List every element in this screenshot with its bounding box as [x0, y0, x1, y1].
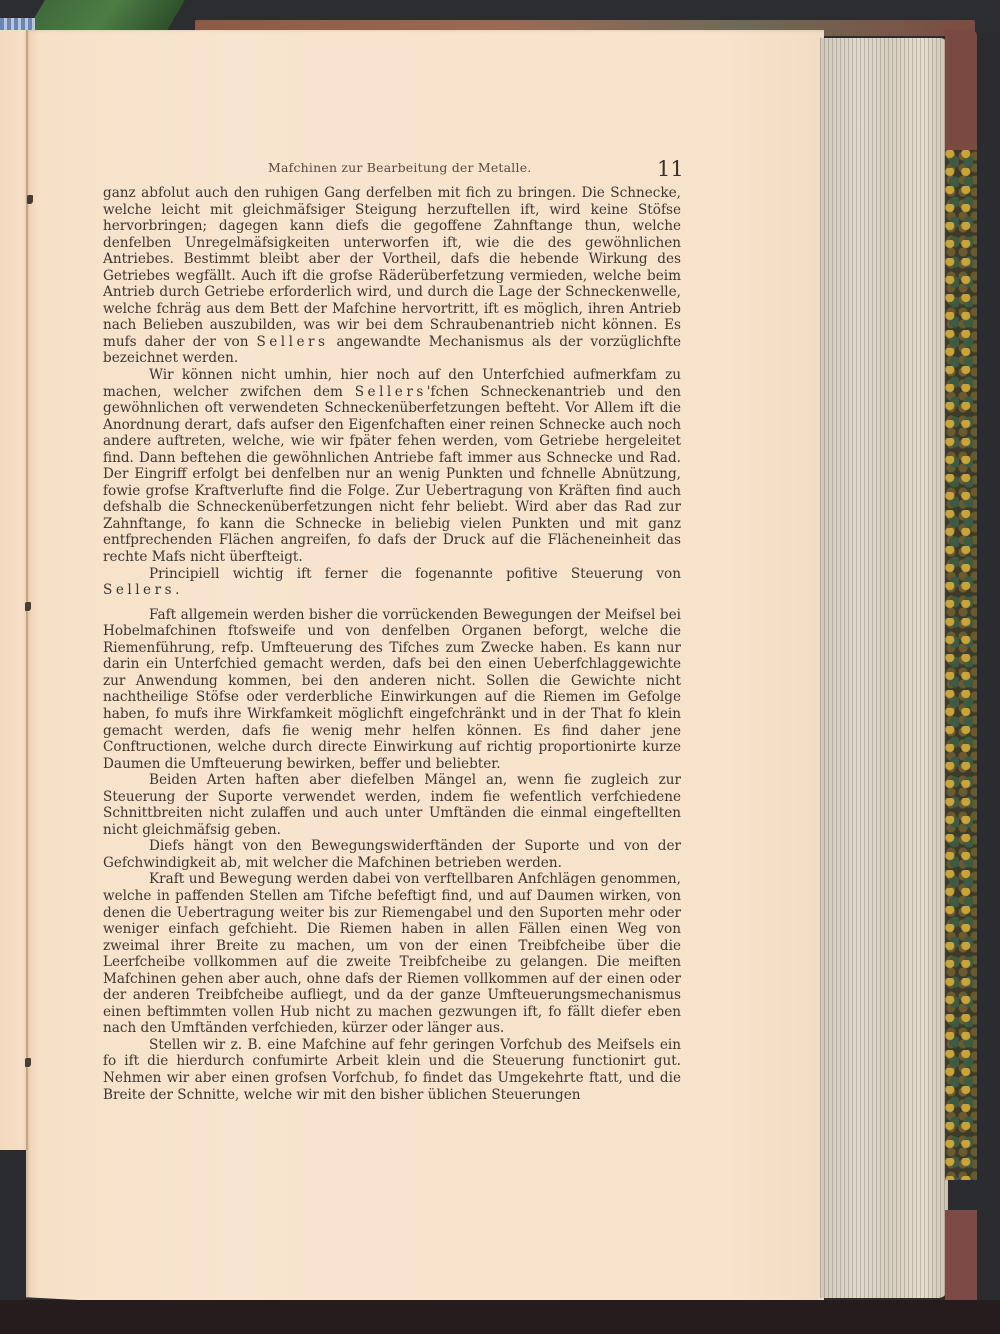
name-sellers: Sellers	[256, 334, 328, 350]
paragraph-text: Beiden Arten haften aber diefelben Mänge…	[103, 772, 681, 838]
background-bottom	[0, 1300, 1000, 1334]
margin-mark	[25, 602, 31, 611]
page-block-fore-edge	[820, 38, 948, 1298]
left-page-edge	[0, 30, 28, 1150]
paragraph: Wir können nicht umhin, hier noch auf de…	[103, 367, 681, 566]
margin-mark	[27, 195, 33, 204]
name-sellers: Sellers	[103, 582, 175, 598]
paragraph: Principiell wichtig ift ferner die fogen…	[103, 566, 681, 599]
margin-mark	[25, 1058, 31, 1067]
paragraph-text: Principiell wichtig ift ferner die fogen…	[149, 566, 681, 582]
running-head: Mafchinen zur Bearbeitung der Metalle.	[268, 160, 688, 175]
page-number: 11	[657, 157, 684, 181]
bookmark-ribbon	[25, 0, 185, 34]
paragraph: ganz abfolut auch den ruhigen Gang derfe…	[103, 185, 681, 367]
paragraph-text: ganz abfolut auch den ruhigen Gang derfe…	[103, 185, 681, 350]
paragraph: Beiden Arten haften aber diefelben Mänge…	[103, 772, 681, 838]
paragraph: Diefs hängt von den Bewegungswiderftände…	[103, 838, 681, 871]
paragraph-text: Kraft und Bewegung werden dabei von verf…	[103, 871, 681, 1036]
paragraph: Kraft und Bewegung werden dabei von verf…	[103, 871, 681, 1036]
paragraph-text: Diefs hängt von den Bewegungswiderftände…	[103, 838, 681, 871]
marbled-cover	[945, 150, 977, 1180]
paragraph-text: .	[175, 582, 179, 598]
paragraph-text: Stellen wir z. B. eine Mafchine auf fehr…	[103, 1037, 681, 1103]
paragraph-text: Faft allgemein werden bisher die vorrück…	[103, 607, 681, 772]
book-scan: Mafchinen zur Bearbeitung der Metalle. 1…	[0, 0, 1000, 1334]
name-sellers: Sellers	[355, 384, 427, 400]
paragraph: Faft allgemein werden bisher die vorrück…	[103, 607, 681, 772]
paragraph: Stellen wir z. B. eine Mafchine auf fehr…	[103, 1037, 681, 1103]
paragraph-text: 'fchen Schneckenantrieb und den gewöhnli…	[103, 384, 681, 565]
body-text: ganz abfolut auch den ruhigen Gang derfe…	[103, 185, 681, 1103]
